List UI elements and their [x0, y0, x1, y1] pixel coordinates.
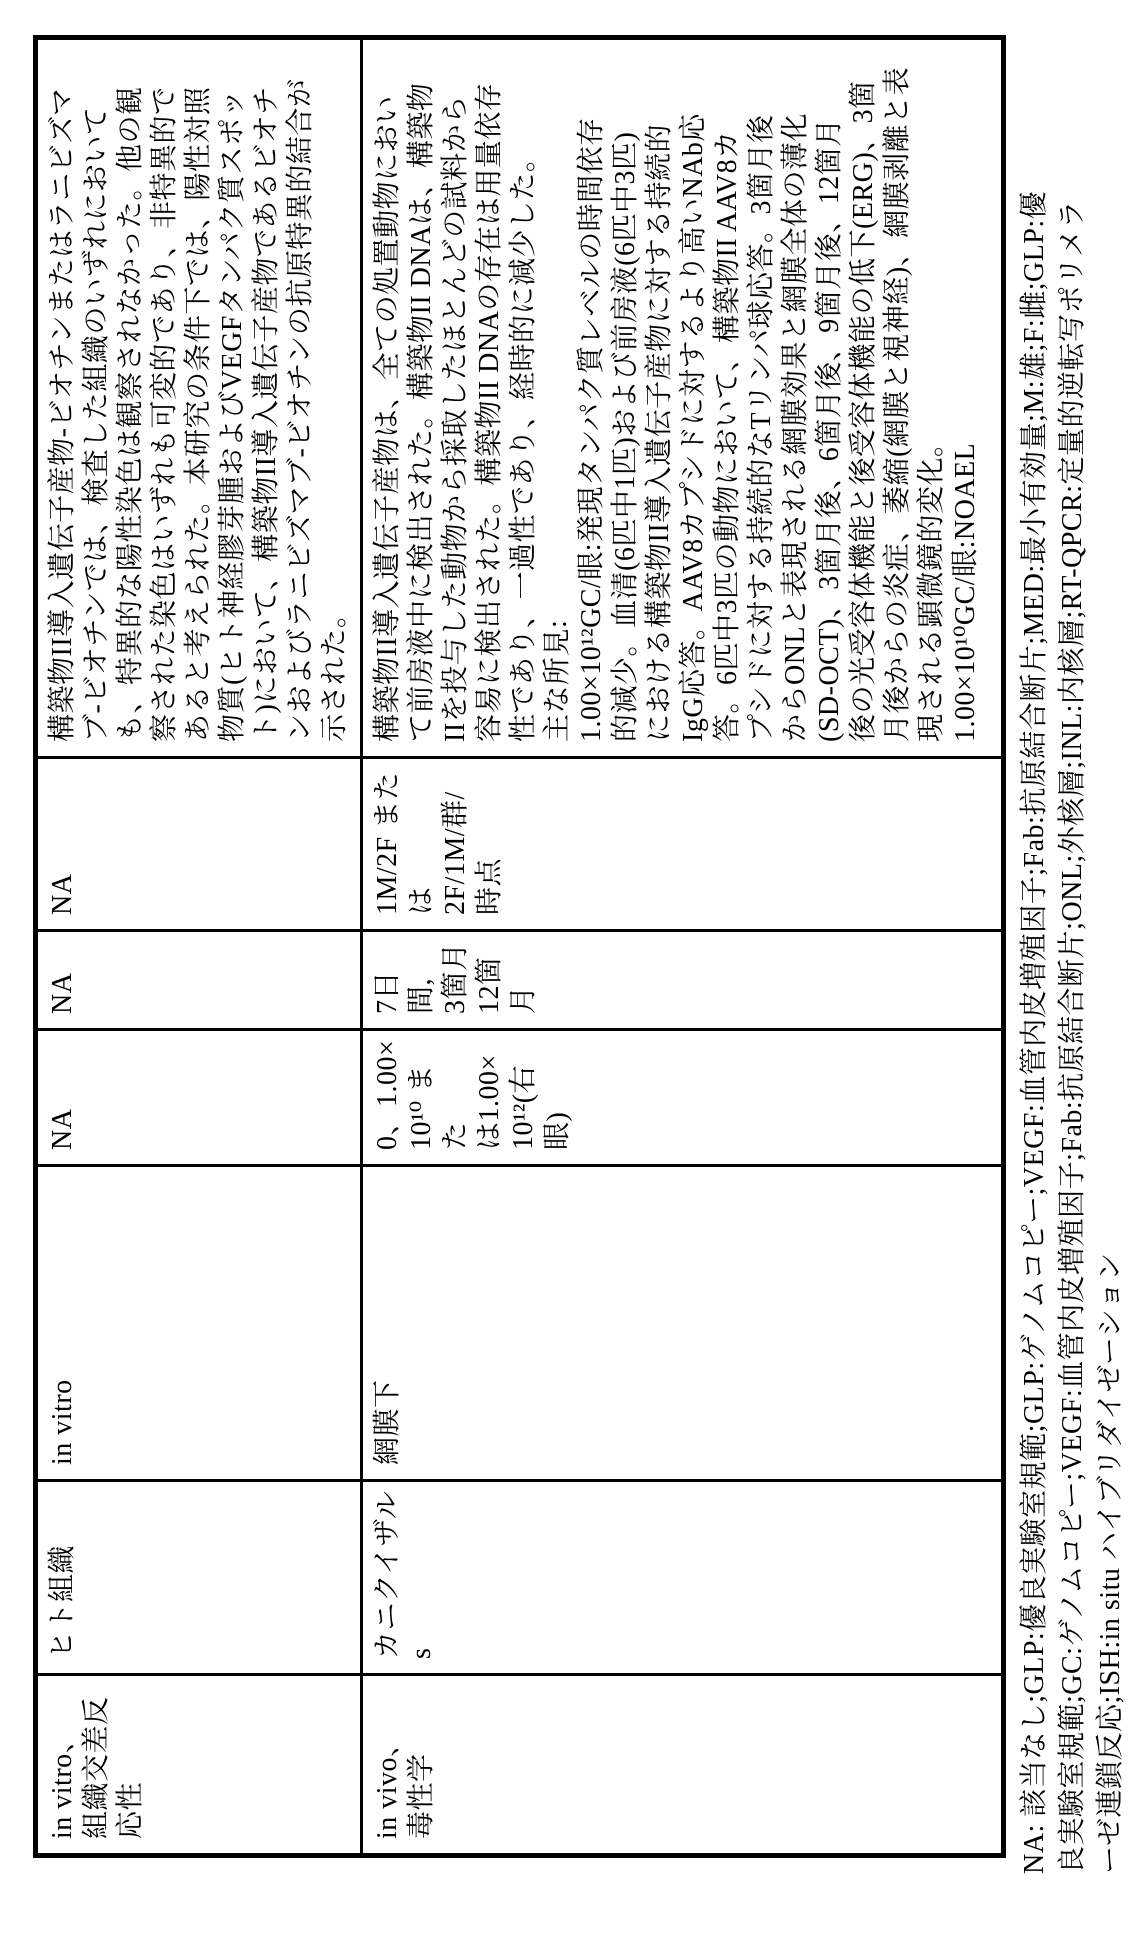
abbreviations-footnote: NA: 該当なし;GLP:優良実験室規範;GLP:ゲノムコピー;VEGF:血管内…: [1016, 28, 1130, 1874]
results-cell: 構築物II導入遺伝子産物-ビオチンまたはラニビズマ ブ-ビオチンでは、検査した組…: [36, 38, 362, 758]
group-size-cell: 1M/2F または 2F/1M/群/時点: [362, 758, 1004, 931]
test-system-cell: カニクイザル s: [362, 1481, 1004, 1675]
duration-cell: NA: [36, 931, 362, 1030]
table-row-in-vitro: in vitro、 組織交差反 応性 ヒト組織 in vitro NA NA N…: [36, 38, 362, 1856]
results-cell: 構築物II導入遺伝子産物は、全ての処置動物におい て前房液中に検出された。構築物…: [362, 38, 1004, 758]
test-system-cell: ヒト組織: [36, 1481, 362, 1675]
group-size-cell: NA: [36, 758, 362, 931]
method-cell: in vitro: [36, 1166, 362, 1481]
study-summary-table: in vitro、 組織交差反 応性 ヒト組織 in vitro NA NA N…: [33, 35, 1006, 1858]
dose-cell: 0、1.00× 10¹⁰ また は1.00× 10¹²(右眼): [362, 1030, 1004, 1166]
dose-cell: NA: [36, 1030, 362, 1166]
rotated-table-block: in vitro、 組織交差反 応性 ヒト組織 in vitro NA NA N…: [33, 33, 1125, 1858]
study-type-cell: in vivo、 毒性学: [362, 1675, 1004, 1856]
study-type-cell: in vitro、 組織交差反 応性: [36, 1675, 362, 1856]
table-row-in-vivo: in vivo、 毒性学 カニクイザル s 網膜下 0、1.00× 10¹⁰ ま…: [362, 38, 1004, 1856]
duration-cell: 7日間, 3箇月 12箇月: [362, 931, 1004, 1030]
scanned-document-page: in vitro、 組織交差反 応性 ヒト組織 in vitro NA NA N…: [0, 0, 1135, 1951]
method-cell: 網膜下: [362, 1166, 1004, 1481]
